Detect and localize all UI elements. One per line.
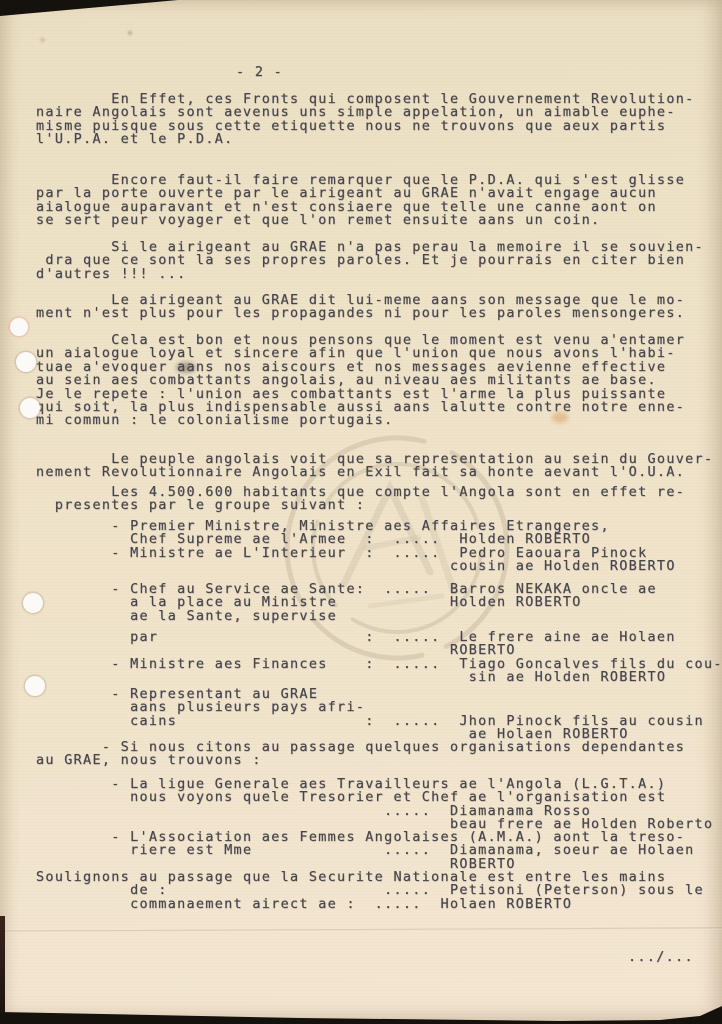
paragraph-pda: Encore faut-il faire remarquer que le P.… — [36, 174, 685, 228]
document-page: - 2 - En Effet, ces Fronts qui composent… — [0, 0, 722, 1024]
punch-hole — [16, 352, 36, 372]
paragraph-peuple: Le peuple angolais voit que sa represent… — [36, 453, 713, 480]
list-ministre-finances: par : ..... Le frere aine ae Holaen ROBE… — [36, 631, 722, 685]
punch-hole — [25, 676, 45, 696]
list-premier-ministre: - Premier Ministre, Ministre aes Affaire… — [36, 520, 676, 574]
ink-smudge — [176, 362, 196, 373]
list-chef-service-sante: - Chef au Service ae Sante: ..... Barros… — [36, 583, 657, 623]
paragraph-habitants: Les 4.500.600 habitants que compte l'Ang… — [36, 486, 685, 513]
security-note: Soulignons au passage que la Securite Na… — [36, 871, 704, 911]
speck — [40, 38, 45, 42]
scan-edge-top-left — [0, 0, 178, 16]
scan-edge-left — [0, 916, 5, 1014]
paragraph-dialogue: Cela est bon et nous pensons que le mome… — [36, 334, 685, 428]
list-organisations-intro: - Si nous citons au passage quelques org… — [36, 741, 685, 768]
punch-hole — [10, 318, 28, 336]
punch-hole — [20, 398, 40, 418]
punch-hole — [23, 593, 43, 613]
list-representant-grae: - Representant au GRAE aans plusieurs pa… — [36, 688, 704, 742]
list-lgta: - La ligue Generale aes Travailleurs ae … — [36, 778, 713, 832]
paragraph-memoire: Si le airigeant au GRAE n'a pas perau la… — [36, 241, 704, 281]
paragraph-fronts: En Effet, ces Fronts qui composent le Go… — [36, 93, 695, 147]
page-number: - 2 - — [236, 66, 283, 79]
continuation-mark: .../... — [628, 951, 694, 964]
list-ama: - L'Association aes Femmes Angolaises (A… — [36, 831, 695, 871]
scan-edge-bottom — [0, 1004, 722, 1024]
stain — [552, 412, 568, 423]
paragraph-message: Le airigeant au GRAE dit lui-meme aans s… — [36, 294, 685, 321]
speck — [128, 31, 132, 35]
paper-crease — [0, 927, 722, 932]
